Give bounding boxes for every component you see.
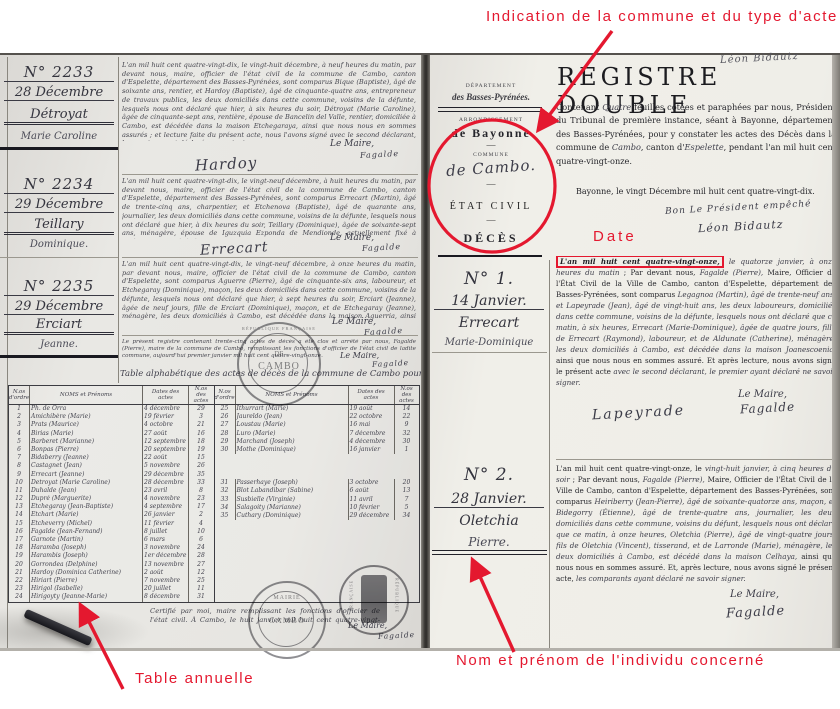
handwritten-segment: Cambo <box>612 142 641 152</box>
cell-nom: Barberet (Marianne) <box>30 438 143 446</box>
act-date: 29 Décembre <box>4 299 114 315</box>
table-row: 3Prats (Maurice)4 octobre21 <box>9 421 214 429</box>
act-body: L'an mil huit cent quatre-vingt-dix, le … <box>122 177 416 239</box>
table-row: 29Marchand (Joseph)4 décembre30 <box>215 438 420 446</box>
cell-date: 22 août <box>143 454 189 462</box>
name-annotation-label: Nom et prénom de l'individu concerné <box>456 652 765 669</box>
cell-date: 11 avril <box>349 496 395 504</box>
table-row: 16Fagalde (Jean-Fernand)8 juillet10 <box>9 528 214 536</box>
table-row: 28Luro (Marie)7 décembre32 <box>215 430 420 438</box>
cell-nom: Castagnet (Jean) <box>30 462 143 470</box>
cell-acte: 14 <box>395 405 419 413</box>
commune-annotation-label: Indication de la commune et du type d'ac… <box>486 8 838 25</box>
table-row: 4Birias (Marie)27 août16 <box>9 430 214 438</box>
cell-acte: 32 <box>395 430 419 438</box>
cell-acte: 7 <box>395 496 419 504</box>
cell-acte: 28 <box>189 552 213 560</box>
cell-date: 16 mai <box>349 421 395 429</box>
cell-acte: 18 <box>189 438 213 446</box>
cell-nom: Cuthary (Dominique) <box>236 512 349 520</box>
cell-nom: Hirigol (Isabelle) <box>30 585 143 593</box>
handwritten-segment: Fagalde (Pierre), <box>643 475 708 484</box>
cell-date: 11 février <box>143 520 189 528</box>
table-row: 15Etcheverry (Michel)11 février4 <box>9 520 214 528</box>
table-row: 31Passerhaye (Joseph)3 octobre20 <box>215 479 420 487</box>
corner-shadow <box>0 605 150 650</box>
act-firstname: Marie-Dominique <box>434 337 544 348</box>
cell-acte: 21 <box>189 421 213 429</box>
margin-divider <box>432 352 547 353</box>
cell-acte: 8 <box>189 487 213 495</box>
cell-ordre: 33 <box>215 496 236 504</box>
cell-ordre: 13 <box>9 503 30 511</box>
cell-nom: Hirigoyty (Jeanne-Marie) <box>30 593 143 601</box>
cell-nom: Hiriart (Pierre) <box>30 577 143 585</box>
cell-ordre: 21 <box>9 569 30 577</box>
cell-acte: 24 <box>189 544 213 552</box>
handwritten-segment: Espelette <box>685 142 724 152</box>
maire-signature: Fagalde <box>362 242 402 253</box>
handwritten-segment: les comparants ayant déclaré ne savoir s… <box>576 574 746 583</box>
bayonne-dateline: Bayonne, le vingt Décembre mil huit cent… <box>576 187 815 196</box>
cell-ordre: 1 <box>9 405 30 413</box>
etat-civil-label: ÉTAT CIVIL <box>435 201 547 212</box>
maire-label: Le Maire, <box>330 233 374 243</box>
printed-segment: Contenant <box>556 102 602 112</box>
cell-ordre: 31 <box>215 479 236 487</box>
rf-ring-right: RÉPUBLIQUE <box>395 563 400 629</box>
cell-nom: Haramba (Joseph) <box>30 544 143 552</box>
cell-date: 19 août <box>349 405 395 413</box>
act-surname: Erciart <box>4 317 114 335</box>
table-row: 24Hirigoyty (Jeanne-Marie)8 décembre31 <box>9 593 214 601</box>
register-right-page: DÉPARTEMENT des Basses-Pyrénées. ARRONDI… <box>430 55 832 650</box>
cell-acte: 22 <box>395 413 419 421</box>
cell-acte: 16 <box>189 430 213 438</box>
table-row: 26Jaureldo (Jean)22 octobre22 <box>215 413 420 421</box>
cell-date: 4 octobre <box>143 421 189 429</box>
cell-nom: Duhalde (Jean) <box>30 487 143 495</box>
cell-nom: Marchand (Joseph) <box>236 438 349 446</box>
table-empty-rows <box>215 454 420 479</box>
maire-signature: Fagalde <box>740 400 796 417</box>
cell-ordre: 16 <box>9 528 30 536</box>
cell-ordre: 2 <box>9 413 30 421</box>
table-row: 17Garnote (Martin)6 mars6 <box>9 536 214 544</box>
header-rule <box>438 255 542 257</box>
cell-ordre: 4 <box>9 430 30 438</box>
cell-ordre: 5 <box>9 438 30 446</box>
table-row: 33Susbielle (Virginie)11 avril7 <box>215 496 420 504</box>
cell-date: 12 septembre <box>143 438 189 446</box>
photo-bottom-edge <box>0 648 840 651</box>
header-rule <box>438 107 542 112</box>
cell-ordre: 24 <box>9 593 30 601</box>
cell-ordre: 28 <box>215 430 236 438</box>
cell-ordre: 17 <box>9 536 30 544</box>
cell-acte: 12 <box>189 569 213 577</box>
act-body: L'an mil huit cent quatre-vingt-onze, le… <box>556 256 836 388</box>
cell-acte: 1 <box>395 446 419 454</box>
maire-signature: Fagalde <box>372 358 409 369</box>
cell-nom: Dupré (Marguerite) <box>30 495 143 503</box>
cell-ordre: 10 <box>9 479 30 487</box>
cell-acte: 34 <box>395 512 419 520</box>
cell-nom: Bidaberry (Jeanne) <box>30 454 143 462</box>
act-number: N° 2233 <box>4 63 114 82</box>
act-date: 14 Janvier. <box>434 293 544 310</box>
cell-nom: Errecart (Jeanne) <box>30 471 143 479</box>
president-note: Bon Le Président empêché <box>665 199 812 217</box>
cell-acte: 23 <box>189 495 213 503</box>
body-rule <box>122 174 418 175</box>
act-firstname: Jeanne. <box>4 339 114 350</box>
postmark-ring-text: RÉPUBLIQUE FRANÇAISE <box>239 326 319 331</box>
cell-nom: Harambis (Joseph) <box>30 552 143 560</box>
cell-ordre: 32 <box>215 487 236 495</box>
cell-nom: Ph. de Orra <box>30 405 143 413</box>
acte-type-label: DÉCÈS <box>435 231 547 246</box>
handwritten-segment: Legagnoa (Martin), âgé de trente-neuf an… <box>556 290 836 354</box>
table-row: 10Detroyat (Marie Caroline)28 décembre33 <box>9 479 214 487</box>
cell-ordre: 26 <box>215 413 236 421</box>
right-margin-separator <box>549 260 550 648</box>
cell-nom: Etcheverry (Michel) <box>30 520 143 528</box>
table-rows-right: 25Ithurrart (Marie)19 août1426Jaureldo (… <box>215 405 420 520</box>
commune-value-handwritten: de Cambo. <box>435 155 548 181</box>
cell-acte: 13 <box>395 487 419 495</box>
act-body: L'an mil huit cent quatre-vingt-dix, le … <box>122 260 416 320</box>
act-firstname: Pierre. <box>434 535 544 549</box>
act-number: N° 2235 <box>4 277 114 296</box>
maire-label: Le Maire, <box>738 389 787 400</box>
declarant-signature: Lapeyrade <box>592 403 686 424</box>
act-date: 28 Décembre <box>4 85 114 101</box>
col-header-ordre: N.os d'ordre <box>9 386 30 404</box>
cell-acte: 4 <box>189 520 213 528</box>
cell-date: 29 décembre <box>349 512 395 520</box>
header-dash: — <box>435 140 547 150</box>
printed-segment: , canton d' <box>641 142 685 152</box>
cell-acte: 30 <box>395 438 419 446</box>
witness-signature: Hardoy <box>195 153 258 174</box>
cell-date: 7 novembre <box>143 577 189 585</box>
act-firstname: Marie Caroline <box>4 131 114 142</box>
cell-ordre: 19 <box>9 552 30 560</box>
cell-date: 19 février <box>143 413 189 421</box>
cell-date: 4 novembre <box>143 495 189 503</box>
printed-segment: ; Par devant nous, <box>573 475 643 484</box>
table-annotation-label: Table annuelle <box>135 670 254 687</box>
rf-ring-left: FRANÇAISE <box>349 563 354 629</box>
cell-acte: 19 <box>189 446 213 454</box>
table-row: 30Mothe (Dominique)16 janvier1 <box>215 446 420 454</box>
cell-nom: Etchegaray (Jean-Baptiste) <box>30 503 143 511</box>
cell-date: 4 décembre <box>143 405 189 413</box>
table-row: 35Cuthary (Dominique)29 décembre34 <box>215 512 420 520</box>
table-row: 14Etchart (Marie)26 janvier2 <box>9 511 214 519</box>
photo-right-edge <box>832 55 840 650</box>
annotated-register-screenshot: N° 2233 28 Décembre Détroyat Marie Carol… <box>0 0 840 709</box>
maire-label: Le Maire, <box>332 317 376 327</box>
cell-ordre: 35 <box>215 512 236 520</box>
cell-acte: 33 <box>189 479 213 487</box>
margin-divider <box>0 257 118 258</box>
cell-ordre: 8 <box>9 462 30 470</box>
book-binding <box>421 55 430 650</box>
arrondissement-value: de Bayonne <box>435 126 547 141</box>
republique-francaise-stamp: FRANÇAISE RÉPUBLIQUE <box>339 565 409 635</box>
cell-acte: 35 <box>189 471 213 479</box>
cell-date: 8 décembre <box>143 593 189 601</box>
left-margin-separator <box>118 57 119 383</box>
cell-date: 4 septembre <box>143 503 189 511</box>
cell-nom: Ithurrart (Marie) <box>236 405 349 413</box>
postmark-center-top: DE <box>239 350 319 358</box>
act-date: 28 Janvier. <box>434 491 544 508</box>
cell-date: 20 juillet <box>143 585 189 593</box>
cell-date: 28 décembre <box>143 479 189 487</box>
act-number: N° 2234 <box>4 175 114 194</box>
table-row: 34Salagoity (Marianne)10 février5 <box>215 504 420 512</box>
register-scan: N° 2233 28 Décembre Détroyat Marie Carol… <box>0 55 840 650</box>
table-row: 23Hirigol (Isabelle)20 juillet11 <box>9 585 214 593</box>
table-row: 11Duhalde (Jean)23 avril8 <box>9 487 214 495</box>
cell-date: 2 août <box>143 569 189 577</box>
margin-divider <box>432 550 547 555</box>
act-body: L'an mil huit cent quatre-vingt-onze, le… <box>556 463 836 588</box>
cambo-postmark-stamp: RÉPUBLIQUE FRANÇAISE DE CAMBO <box>237 322 321 406</box>
cell-acte: 27 <box>189 561 213 569</box>
cell-nom: Blot Labandibar (Sabine) <box>236 487 349 495</box>
maire-signature: Fagalde <box>726 603 786 621</box>
header-dash: — <box>435 179 547 189</box>
cell-nom: Salagoity (Marianne) <box>236 504 349 512</box>
cell-date: 3 novembre <box>143 544 189 552</box>
table-row: 25Ithurrart (Marie)19 août14 <box>215 405 420 413</box>
cell-date: 10 février <box>349 504 395 512</box>
cell-date: 6 mars <box>143 536 189 544</box>
register-left-page: N° 2233 28 Décembre Détroyat Marie Carol… <box>0 55 421 650</box>
mairie-center-text: CAMBO <box>250 615 324 625</box>
table-row: 7Bidaberry (Jeanne)22 août15 <box>9 454 214 462</box>
cell-acte: 31 <box>189 593 213 601</box>
cell-nom: Loustau (Marie) <box>236 421 349 429</box>
act-firstname: Dominique. <box>4 239 114 250</box>
date-highlight-box: L'an mil huit cent quatre-vingt-onze, <box>556 256 724 268</box>
table-row: 18Haramba (Joseph)3 novembre24 <box>9 544 214 552</box>
act-surname: Oletchia <box>434 513 544 529</box>
act-surname: Errecart <box>434 315 544 331</box>
table-row: 5Barberet (Marianne)12 septembre18 <box>9 438 214 446</box>
act-surname: Détroyat <box>4 107 114 125</box>
stamp-figure <box>361 575 387 623</box>
cell-ordre: 29 <box>215 438 236 446</box>
cell-ordre: 14 <box>9 511 30 519</box>
table-row: 20Gorrondea (Delphine)13 novembre27 <box>9 561 214 569</box>
body-rule <box>122 257 418 258</box>
cell-nom: Fagalde (Jean-Fernand) <box>30 528 143 536</box>
table-row: 32Blot Labandibar (Sabine)6 août13 <box>215 487 420 495</box>
maire-label: Le Maire, <box>340 351 379 360</box>
col-header-actes: N.os des actes <box>395 386 419 404</box>
cell-ordre: 6 <box>9 446 30 454</box>
annual-table-left-half: N.os d'ordre NOMS et Prénoms Dates des a… <box>9 386 215 602</box>
cell-nom: Passerhaye (Joseph) <box>236 479 349 487</box>
cell-ordre: 11 <box>9 487 30 495</box>
maire-signature: Fagalde <box>360 149 400 160</box>
cell-date: 26 janvier <box>143 511 189 519</box>
cell-date: 6 août <box>349 487 395 495</box>
cell-acte: 6 <box>189 536 213 544</box>
act-surname: Teillary <box>4 217 114 235</box>
cell-ordre: 23 <box>9 585 30 593</box>
table-row: 27Loustau (Marie)16 mai9 <box>215 421 420 429</box>
cell-date: 13 novembre <box>143 561 189 569</box>
body-rule <box>556 459 836 460</box>
witness-signature: Errecart <box>200 239 269 259</box>
cell-nom: Amichibère (Marie) <box>30 413 143 421</box>
cell-date: 27 août <box>143 430 189 438</box>
margin-divider <box>0 147 118 150</box>
cell-ordre: 22 <box>9 577 30 585</box>
cell-acte: 26 <box>189 462 213 470</box>
cell-acte: 3 <box>189 413 213 421</box>
cell-date: 22 octobre <box>349 413 395 421</box>
cell-nom: Susbielle (Virginie) <box>236 496 349 504</box>
cell-date: 1er décembre <box>143 552 189 560</box>
table-header-row: N.os d'ordre NOMS et Prénoms Dates des a… <box>9 386 214 405</box>
cell-nom: Birias (Marie) <box>30 430 143 438</box>
cell-nom: Mothe (Dominique) <box>236 446 349 454</box>
cell-ordre: 25 <box>215 405 236 413</box>
table-row: 21Hardoy (Dominica Catherine)2 août12 <box>9 569 214 577</box>
maire-label: Le Maire, <box>330 139 374 149</box>
maire-label: Le Maire, <box>730 589 779 600</box>
cell-date: 16 janvier <box>349 446 395 454</box>
act-number: N° 2. <box>434 465 544 485</box>
printed-segment: ; Par devant nous, <box>624 268 700 277</box>
table-row: 6Bonpas (Pierre)20 septembre19 <box>9 446 214 454</box>
department-label: DÉPARTEMENT <box>435 83 547 89</box>
cell-nom: Etchart (Marie) <box>30 511 143 519</box>
handwritten-segment: Heiriberry (Jean-Pierre), âgé de soixant… <box>556 497 836 561</box>
cell-ordre: 20 <box>9 561 30 569</box>
cell-ordre: 15 <box>9 520 30 528</box>
cell-nom: Bonpas (Pierre) <box>30 446 143 454</box>
postmark-center: CAMBO <box>239 361 319 372</box>
date-annotation-label: Date <box>593 228 637 245</box>
cell-acte: 11 <box>189 585 213 593</box>
cell-ordre: 18 <box>9 544 30 552</box>
cell-acte: 2 <box>189 511 213 519</box>
cell-date: 20 septembre <box>143 446 189 454</box>
handwritten-segment: Fagalde (Pierre), <box>700 268 768 277</box>
cell-date: 23 avril <box>143 487 189 495</box>
arrondissement-label: ARRONDISSEMENT <box>435 117 547 123</box>
col-header-dates: Dates des actes <box>349 386 395 404</box>
handwritten-segment: Quatre <box>602 102 631 112</box>
cell-acte: 15 <box>189 454 213 462</box>
header-dash: — <box>435 215 547 225</box>
table-row: 1Ph. de Orra4 décembre29 <box>9 405 214 413</box>
cell-ordre: 30 <box>215 446 236 454</box>
cell-date: 3 octobre <box>349 479 395 487</box>
cell-date: 4 décembre <box>349 438 395 446</box>
cell-ordre: 34 <box>215 504 236 512</box>
cell-ordre: 9 <box>9 471 30 479</box>
table-row: 19Harambis (Joseph)1er décembre28 <box>9 552 214 560</box>
cell-nom: Luro (Marie) <box>236 430 349 438</box>
cell-date: 7 décembre <box>349 430 395 438</box>
cell-nom: Hardoy (Dominica Catherine) <box>30 569 143 577</box>
cell-acte: 5 <box>395 504 419 512</box>
cell-date: 8 juillet <box>143 528 189 536</box>
col-header-ordre: N.os d'ordre <box>215 386 236 404</box>
col-header-actes: N.os des actes <box>189 386 213 404</box>
margin-divider <box>0 355 118 358</box>
table-row: 12Dupré (Marguerite)4 novembre23 <box>9 495 214 503</box>
cell-acte: 10 <box>189 528 213 536</box>
table-row: 2Amichibère (Marie)19 février3 <box>9 413 214 421</box>
cell-nom: Gorrondea (Delphine) <box>30 561 143 569</box>
cell-nom: Garnote (Martin) <box>30 536 143 544</box>
cell-acte: 20 <box>395 479 419 487</box>
cell-nom: Prats (Maurice) <box>30 421 143 429</box>
col-header-noms: NOMS et Prénoms <box>30 386 143 404</box>
table-row: 8Castagnet (Jean)5 novembre26 <box>9 462 214 470</box>
cell-date: 29 décembre <box>143 471 189 479</box>
cell-nom: Jaureldo (Jean) <box>236 413 349 421</box>
act-date: 29 Décembre <box>4 197 114 213</box>
cell-acte: 29 <box>189 405 213 413</box>
table-rows-left: 1Ph. de Orra4 décembre292Amichibère (Mar… <box>9 405 214 602</box>
act-body: L'an mil huit cent quatre-vingt-dix, le … <box>122 61 416 141</box>
cell-acte: 9 <box>395 421 419 429</box>
register-intro: Contenant Quatre feuilles cotées et para… <box>556 101 836 185</box>
act-number: N° 1. <box>434 269 544 289</box>
cell-date: 5 novembre <box>143 462 189 470</box>
col-header-dates: Dates des actes <box>143 386 189 404</box>
cell-acte: 17 <box>189 503 213 511</box>
department-value: des Basses-Pyrénées. <box>435 92 547 102</box>
table-row: 13Etchegaray (Jean-Baptiste)4 septembre1… <box>9 503 214 511</box>
printed-segment: L'an mil huit cent quatre-vingt-onze, le <box>556 464 705 473</box>
cell-ordre: 27 <box>215 421 236 429</box>
cell-acte: 25 <box>189 577 213 585</box>
mairie-ring-text: MAIRIE <box>250 595 324 601</box>
cell-ordre: 12 <box>9 495 30 503</box>
cell-ordre: 7 <box>9 454 30 462</box>
table-row: 22Hiriart (Pierre)7 novembre25 <box>9 577 214 585</box>
table-row: 9Errecart (Jeanne)29 décembre35 <box>9 471 214 479</box>
cell-ordre: 3 <box>9 421 30 429</box>
cell-nom: Detroyat (Marie Caroline) <box>30 479 143 487</box>
president-signature: Léon Bidautz <box>698 218 784 235</box>
